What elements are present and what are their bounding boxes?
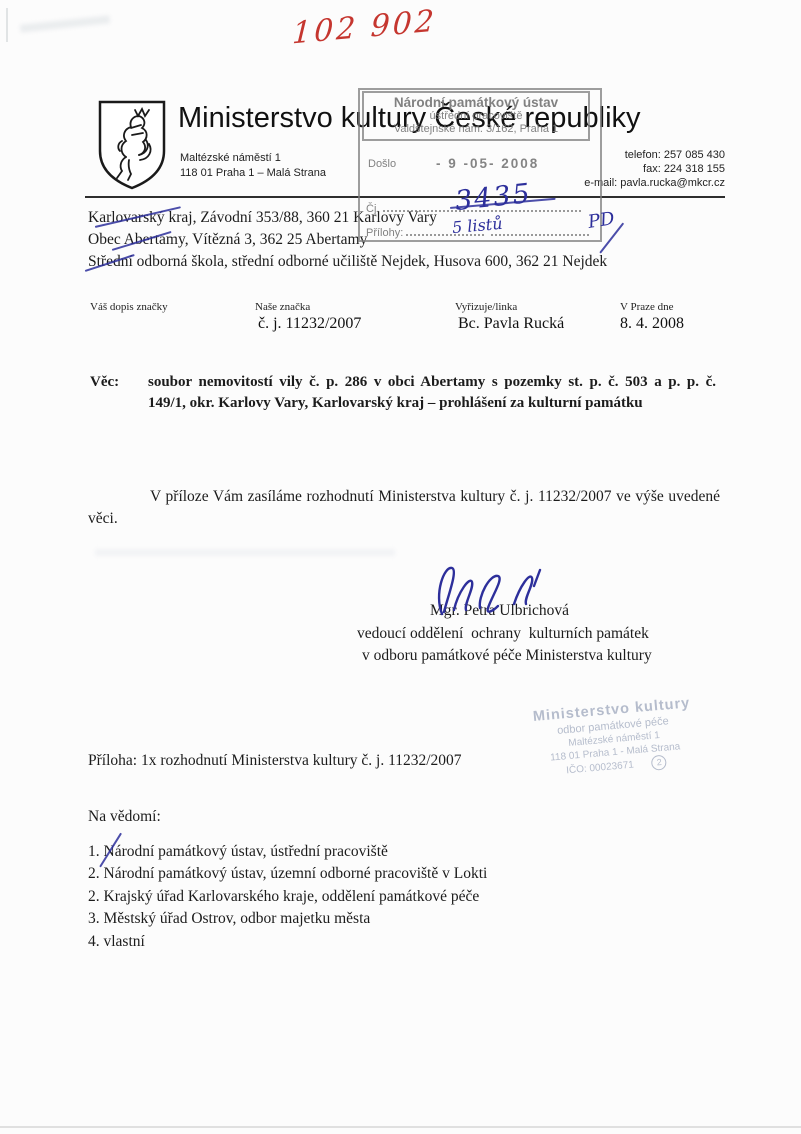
ref-value-vyrizuje: Bc. Pavla Rucká (458, 315, 564, 333)
scan-smudge-middle (95, 549, 395, 556)
signatory-role-line1: vedoucí oddělení ochrany kulturních pamá… (357, 625, 649, 643)
sender-address-line2: 118 01 Praha 1 – Malá Strana (180, 166, 326, 181)
attachment-line: Příloha: 1x rozhodnutí Ministerstva kult… (88, 752, 462, 770)
handwritten-filing-number: 102 902 (291, 4, 437, 52)
circled-2-icon: 2 (651, 755, 667, 771)
cc-item: 3. Městský úřad Ostrov, odbor majetku mě… (88, 908, 487, 930)
ref-label-vyrizuje: Vyřizuje/linka (455, 301, 517, 313)
received-stamp-date: - 9 -05- 2008 (436, 156, 539, 171)
received-stamp-org-address: Valdštejnské nám. 3/162, Praha 1 (364, 123, 588, 136)
received-stamp-org-box: Národní památkový ústav ústřední pracovi… (362, 91, 590, 141)
cc-item: 1. Národní památkový ústav, ústřední pra… (88, 841, 487, 863)
received-stamp-doslo-label: Došlo (368, 158, 396, 170)
cc-item: 2. Národní památkový ústav, územní odbor… (88, 863, 487, 885)
subject-text: soubor nemovitostí vily č. p. 286 v obci… (148, 372, 716, 414)
body-paragraph: V příloze Vám zasíláme rozhodnutí Minist… (88, 486, 720, 530)
received-stamp-org-dept: ústřední pracoviště (364, 110, 588, 123)
scan-smudge-top-left (20, 15, 110, 32)
ministry-stamp-ico: IČO: 00023671 (566, 760, 635, 777)
handwritten-signature (428, 556, 588, 625)
subject-label: Věc: (90, 372, 119, 393)
ref-label-v-praze-dne: V Praze dne (620, 301, 674, 313)
ministry-ink-stamp: Ministerstvo kultury odbor památkové péč… (495, 692, 732, 784)
scan-edge-left (6, 8, 8, 42)
recipient-line: Střední odborná škola, střední odborné u… (88, 251, 607, 273)
ref-label-nase-znacka: Naše značka (255, 301, 310, 313)
subject-line2: 149/1, okr. Karlovy Vary, Karlovarský kr… (148, 393, 716, 414)
coat-of-arms-icon (95, 98, 169, 197)
cc-item: 2. Krajský úřad Karlovarského kraje, odd… (88, 886, 487, 908)
received-stamp-org-name: Národní památkový ústav (364, 95, 588, 110)
ref-value-nase-znacka: č. j. 11232/2007 (258, 315, 361, 333)
cc-list: 1. Národní památkový ústav, ústřední pra… (88, 841, 487, 953)
ref-value-v-praze-dne: 8. 4. 2008 (620, 315, 684, 333)
scan-edge-bottom (0, 1126, 801, 1128)
ref-label-vas-dopis: Váš dopis značky (90, 301, 168, 313)
subject-line1: soubor nemovitostí vily č. p. 286 v obci… (148, 372, 716, 393)
prilohy-dotted-line2 (491, 222, 589, 236)
received-stamp-prilohy-label: Přílohy: (366, 227, 403, 239)
handwritten-note-pd: PD (587, 208, 617, 233)
scanned-letter-page: 102 902 Ministerstvo kultury České repub… (0, 0, 801, 1134)
signatory-role-line2: v odboru památkové péče Ministerstva kul… (362, 647, 652, 665)
sender-address-line1: Maltézské náměstí 1 (180, 151, 326, 166)
cc-heading: Na vědomí: (88, 808, 161, 826)
sender-address: Maltézské náměstí 1 118 01 Praha 1 – Mal… (180, 151, 326, 181)
received-stamp-cj-label: Čj. (366, 203, 379, 215)
cc-item: 4. vlastní (88, 931, 487, 953)
